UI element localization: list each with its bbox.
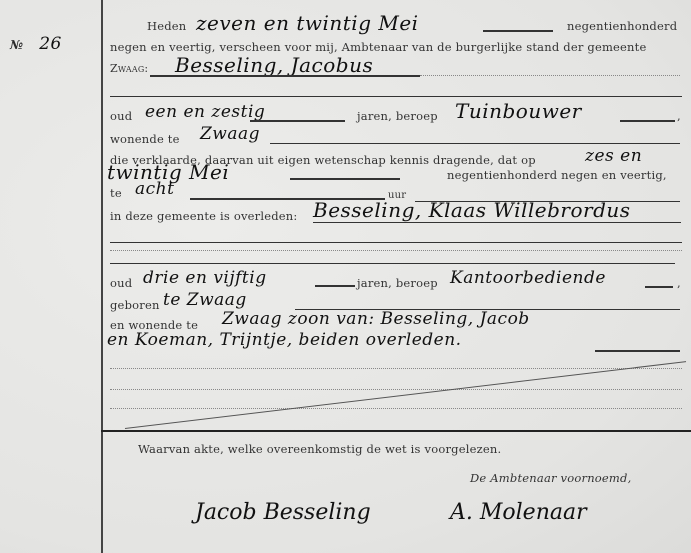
civil-death-record-page: № 26 Heden zeven en twintig Mei negentie… — [0, 0, 691, 553]
deceased-occupation-field: Kantoorbediende — [450, 268, 606, 288]
official-signature: A. Molenaar — [450, 500, 587, 525]
record-number-value: 26 — [39, 34, 62, 54]
fill-line — [645, 286, 673, 288]
declarant-age-field: een en zestig — [145, 102, 265, 122]
fill-line — [483, 30, 553, 32]
oud-label: oud — [110, 109, 132, 123]
birthplace-field: te Zwaag — [163, 290, 247, 310]
municipality-label: Zwaag: — [110, 62, 148, 75]
fill-line — [313, 222, 681, 223]
deceased-name-field: Besseling, Klaas Willebrordus — [313, 198, 631, 222]
fill-line — [620, 120, 675, 122]
oud-label-deceased: oud — [110, 276, 132, 290]
comma-deceased: , — [677, 276, 681, 290]
geboren-label: geboren — [110, 298, 160, 312]
section-divider — [101, 430, 691, 432]
dotted-line — [110, 408, 682, 409]
parents-continuation-field: en Koeman, Trijntje, beiden overleden. — [107, 330, 462, 350]
wonende-te-label: wonende te — [110, 132, 180, 146]
fill-line — [290, 178, 400, 180]
deceased-residence-parents-field: Zwaag zoon van: Besseling, Jacob — [222, 309, 530, 329]
te-label: te — [110, 186, 122, 200]
cancel-stroke — [125, 361, 686, 429]
jaren-beroep-label-deceased: jaren, beroep — [357, 276, 438, 290]
preamble-text: negen en veertig, verscheen voor mij, Am… — [110, 40, 647, 54]
declarant-name-field: Besseling, Jacobus — [175, 53, 373, 77]
jaren-beroep-label: jaren, beroep — [357, 109, 438, 123]
dotted-line — [420, 75, 680, 76]
number-label: № — [10, 38, 23, 52]
deceased-age-field: drie en vijftig — [143, 268, 267, 288]
fill-line — [315, 285, 355, 287]
declarant-signature: Jacob Besseling — [195, 500, 371, 525]
negentienhonderd-veertig-label: negentienhonderd negen en veertig, — [447, 168, 667, 182]
declarant-residence-field: Zwaag — [200, 124, 260, 144]
closing-statement: Waarvan akte, welke overeenkomstig de we… — [138, 442, 501, 456]
death-date-field-start: zes en — [585, 146, 642, 166]
fill-line — [250, 120, 345, 122]
negentienhonderd-label: negentienhonderd — [567, 19, 677, 33]
fill-line — [110, 263, 675, 264]
record-number: № 26 — [10, 34, 62, 54]
fill-line — [150, 75, 420, 77]
declaration-date-field: zeven en twintig Mei — [196, 11, 419, 35]
dotted-line — [110, 389, 682, 390]
official-label: De Ambtenaar voornoemd, — [470, 471, 631, 485]
fill-line — [110, 96, 682, 97]
fill-line — [270, 143, 680, 144]
margin-rule — [101, 0, 103, 553]
heden-label: Heden — [147, 19, 186, 33]
fill-line — [110, 242, 682, 243]
death-hour-field: acht — [135, 179, 174, 199]
fill-line — [595, 350, 680, 352]
declarant-occupation-field: Tuinbouwer — [455, 99, 582, 123]
overleden-label: in deze gemeente is overleden: — [110, 209, 298, 223]
comma: , — [677, 109, 681, 123]
dotted-line — [110, 368, 682, 369]
dotted-line — [110, 250, 682, 251]
